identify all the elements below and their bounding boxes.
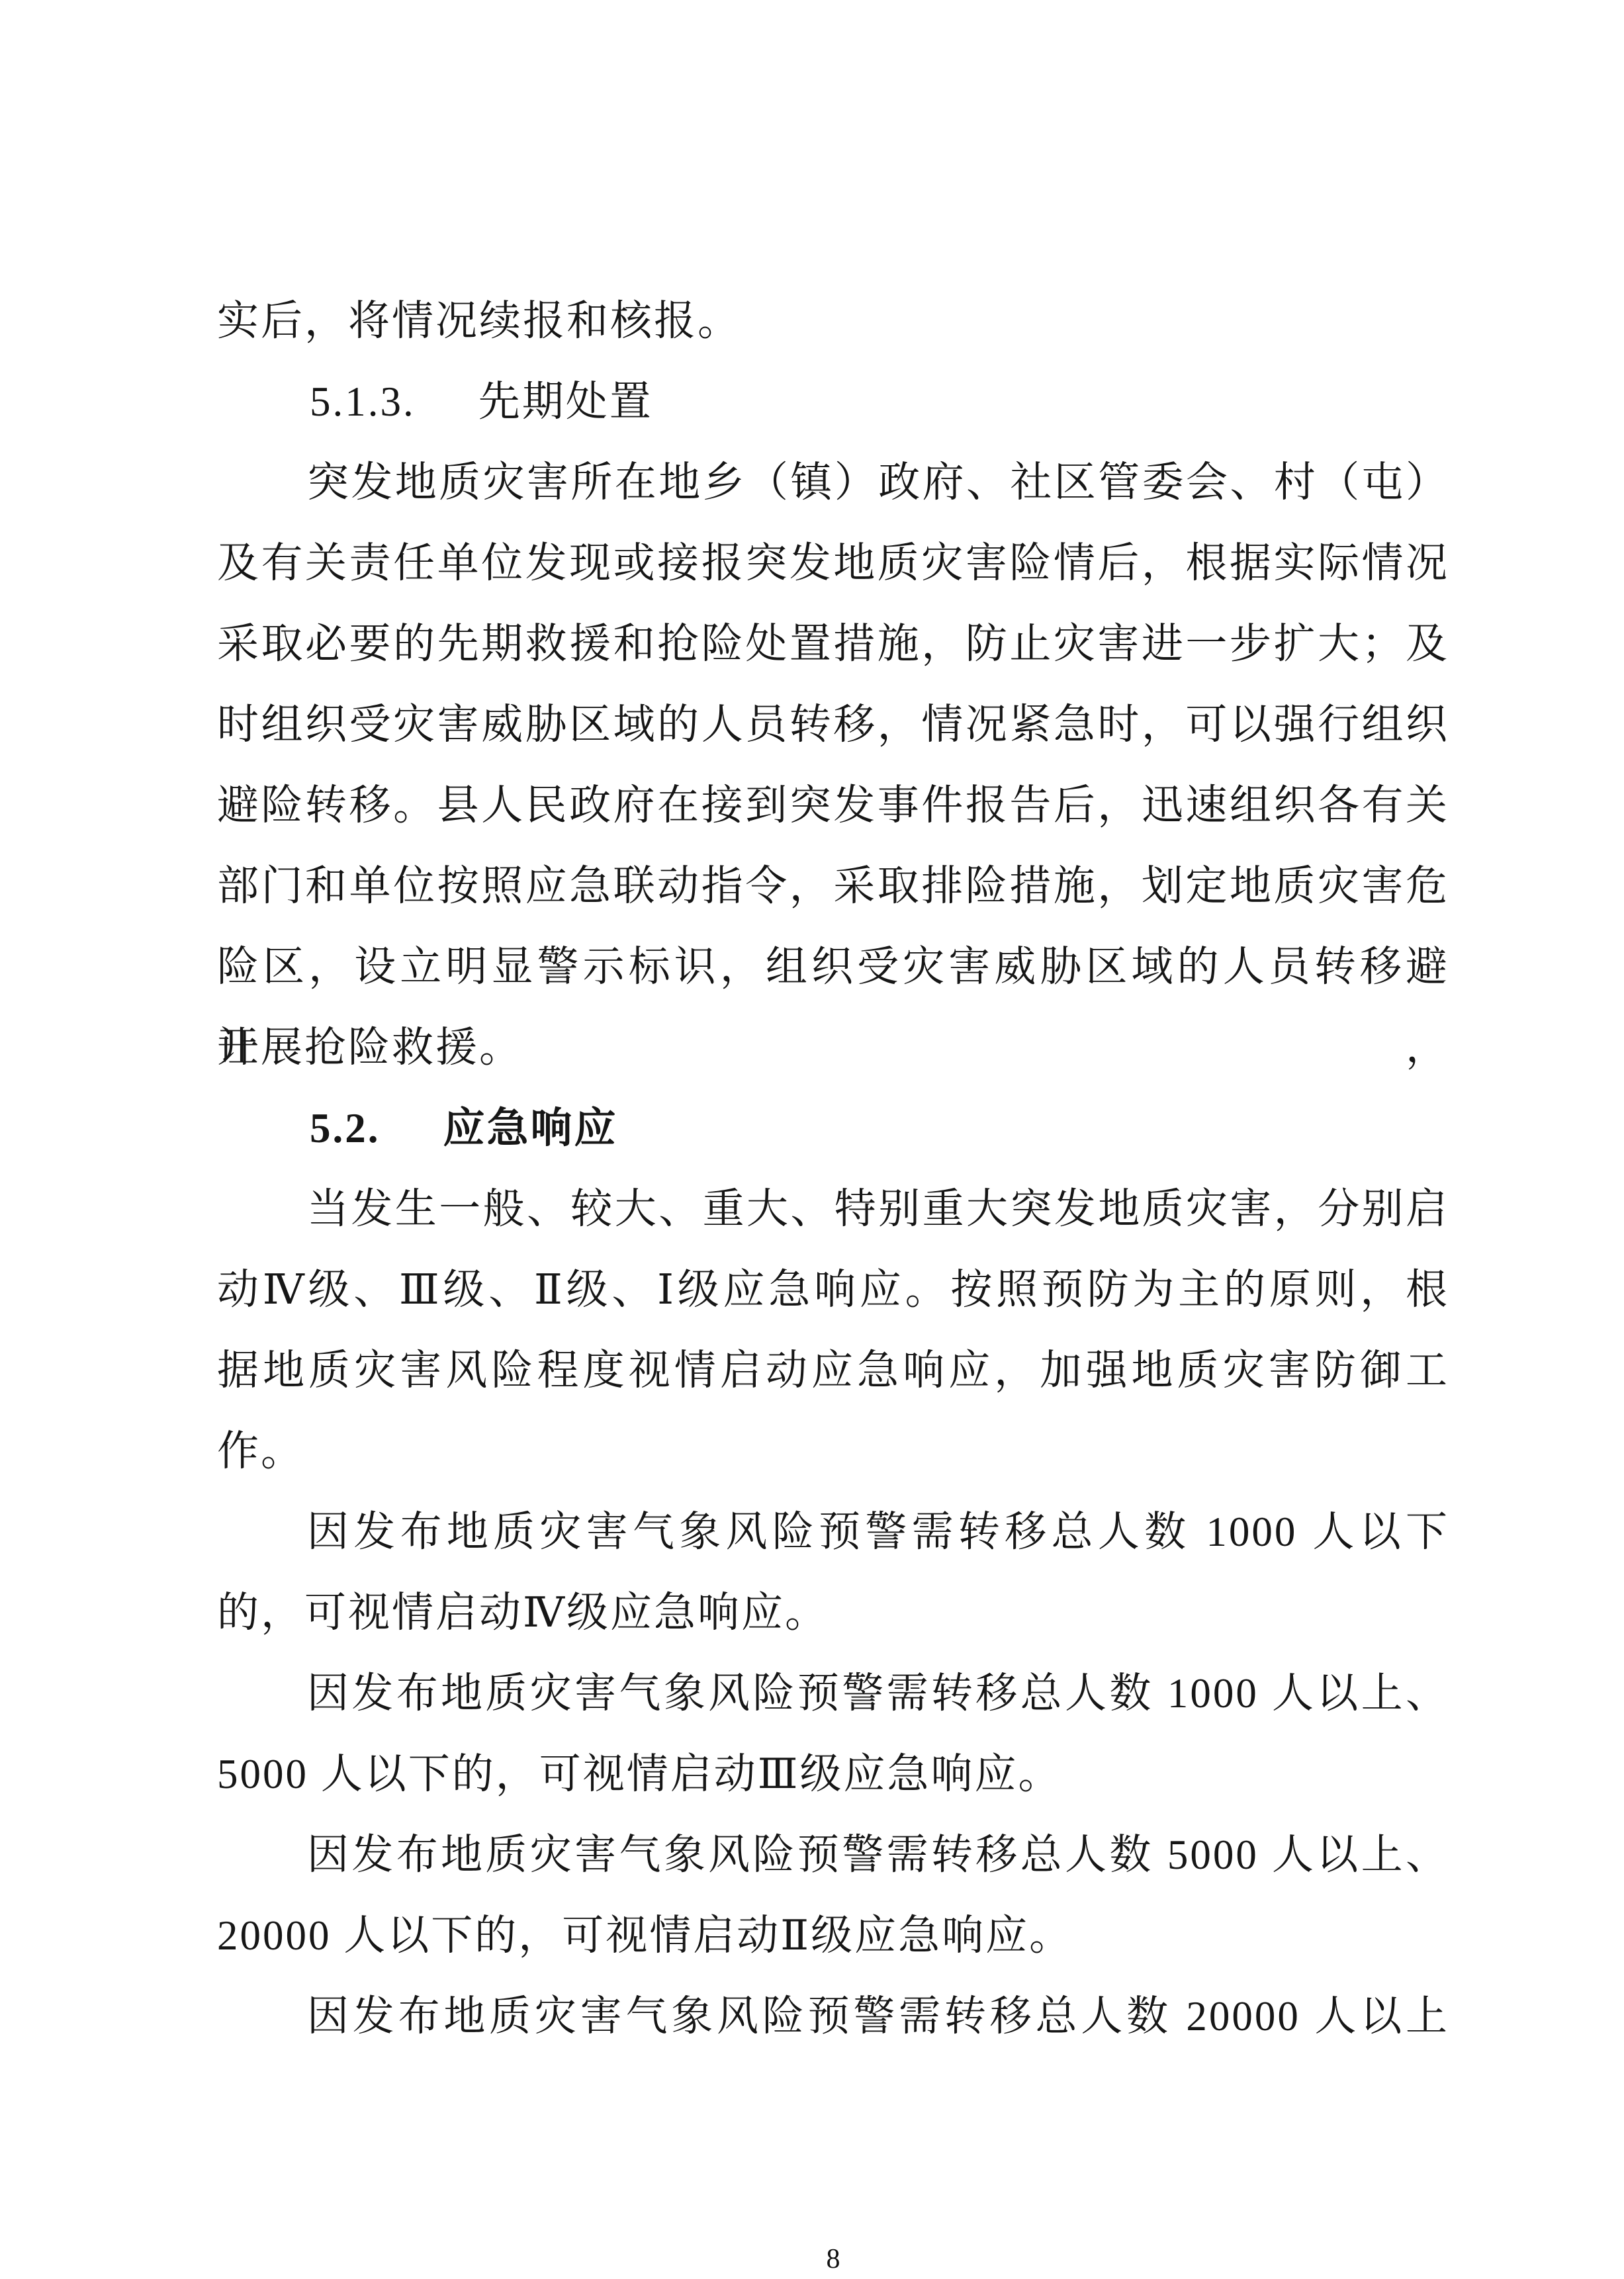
body-line: 20000 人以下的，可视情启动Ⅱ级应急响应。 (217, 1895, 1449, 1976)
body-line: 当发生一般、较大、重大、特别重大突发地质灾害，分别启 (217, 1169, 1449, 1249)
body-line: 实后，将情况续报和核报。 (217, 281, 1449, 361)
body-line: 采取必要的先期救援和抢险处置措施，防止灾害进一步扩大；及 (217, 603, 1449, 684)
body-line: 作。 (217, 1411, 1449, 1492)
body-line: 部门和单位按照应急联动指令，采取排险措施，划定地质灾害危 (217, 846, 1449, 926)
section-title: 先期处置 (478, 379, 653, 425)
body-line: 避险转移。县人民政府在接到突发事件报告后，迅速组织各有关 (217, 765, 1449, 846)
body-line: 险区，设立明显警示标识，组织受灾害威胁区域的人员转移避让， (217, 926, 1449, 1007)
body-line: 因发布地质灾害气象风险预警需转移总人数 20000 人以上 (217, 1976, 1449, 2057)
section-heading-5-1-3: 5.1.3.先期处置 (217, 361, 1449, 442)
section-number: 5.1.3. (310, 379, 416, 425)
body-line: 因发布地质灾害气象风险预警需转移总人数 1000 人以上、 (217, 1653, 1449, 1734)
section-heading-5-2: 5.2.应急响应 (217, 1088, 1449, 1169)
body-line: 突发地质灾害所在地乡（镇）政府、社区管委会、村（屯） (217, 442, 1449, 523)
page-content: 实后，将情况续报和核报。 5.1.3.先期处置 突发地质灾害所在地乡（镇）政府、… (217, 281, 1449, 2057)
body-line: 因发布地质灾害气象风险预警需转移总人数 1000 人以下 (217, 1492, 1449, 1572)
body-line: 及有关责任单位发现或接报突发地质灾害险情后，根据实际情况 (217, 523, 1449, 603)
document-page: 实后，将情况续报和核报。 5.1.3.先期处置 突发地质灾害所在地乡（镇）政府、… (0, 0, 1624, 2279)
page-number: 8 (217, 2239, 1449, 2279)
body-line: 时组织受灾害威胁区域的人员转移，情况紧急时，可以强行组织 (217, 684, 1449, 765)
body-line: 动Ⅳ级、Ⅲ级、Ⅱ级、Ⅰ级应急响应。按照预防为主的原则，根 (217, 1249, 1449, 1330)
section-title: 应急响应 (443, 1105, 618, 1151)
section-number: 5.2. (310, 1105, 381, 1151)
body-line: 的，可视情启动Ⅳ级应急响应。 (217, 1572, 1449, 1653)
body-line: 5000 人以下的，可视情启动Ⅲ级应急响应。 (217, 1734, 1449, 1814)
body-line: 据地质灾害风险程度视情启动应急响应，加强地质灾害防御工 (217, 1330, 1449, 1411)
body-line: 因发布地质灾害气象风险预警需转移总人数 5000 人以上、 (217, 1814, 1449, 1895)
